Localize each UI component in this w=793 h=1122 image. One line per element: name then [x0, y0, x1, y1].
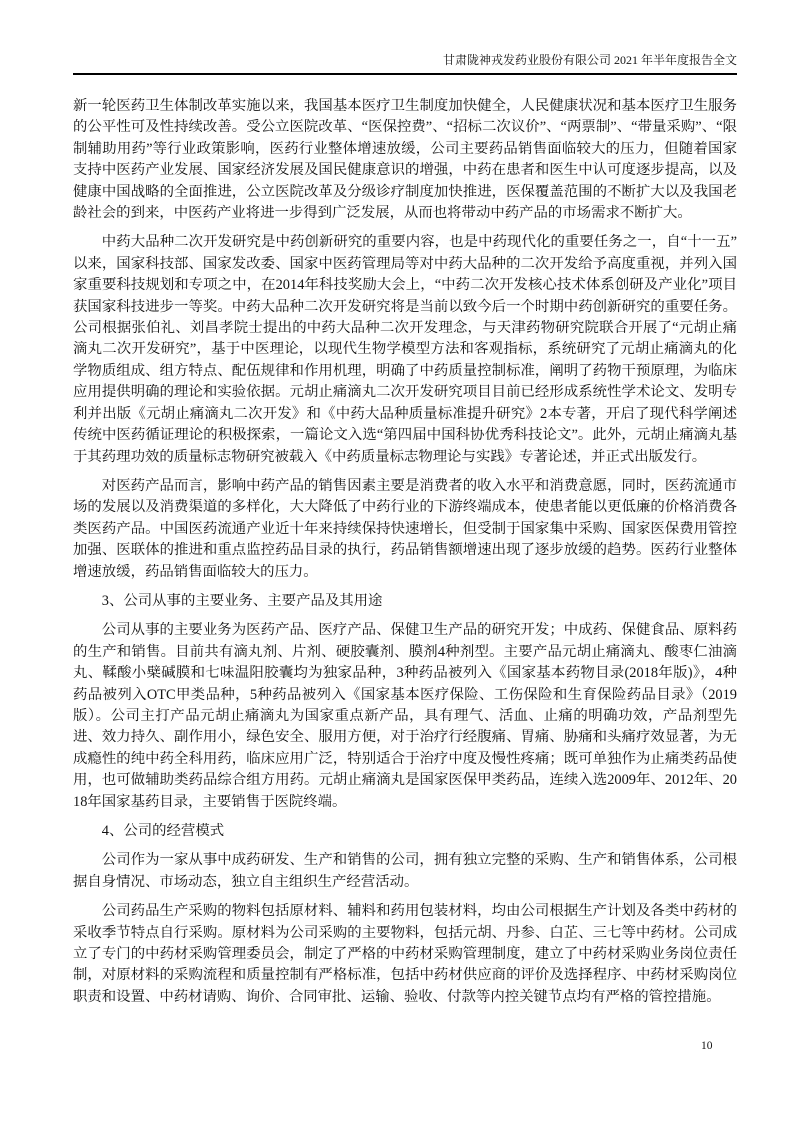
section-heading-3: 3、公司从事的主要业务、主要产品及其用途	[73, 591, 737, 612]
document-body: 新一轮医药卫生体制改革实施以来，我国基本医疗卫生制度加快健全，人民健康状况和基本…	[73, 96, 737, 1016]
paragraph: 公司作为一家从事中成药研发、生产和销售的公司，拥有独立完整的采购、生产和销售体系…	[73, 850, 737, 893]
page-header: 甘肃陇神戎发药业股份有限公司 2021 年半年度报告全文	[73, 0, 737, 75]
paragraph: 公司从事的主要业务为医药产品、医疗产品、保健卫生产品的研究开发；中成药、保健食品…	[73, 620, 737, 813]
paragraph: 对医药产品而言，影响中药产品的销售因素主要是消费者的收入水平和消费意愿，同时，医…	[73, 476, 737, 583]
section-heading-4: 4、公司的经营模式	[73, 821, 737, 842]
report-header-title: 甘肃陇神戎发药业股份有限公司 2021 年半年度报告全文	[73, 53, 737, 73]
paragraph: 中药大品种二次开发研究是中药创新研究的重要内容，也是中药现代化的重要任务之一，自…	[73, 232, 737, 467]
report-page: 甘肃陇神戎发药业股份有限公司 2021 年半年度报告全文 新一轮医药卫生体制改革…	[0, 0, 793, 1122]
paragraph: 公司药品生产采购的物料包括原材料、辅料和药用包装材料，均由公司根据生产计划及各类…	[73, 901, 737, 1008]
paragraph-continuation: 新一轮医药卫生体制改革实施以来，我国基本医疗卫生制度加快健全，人民健康状况和基本…	[73, 96, 737, 224]
page-number: 10	[701, 1039, 713, 1053]
